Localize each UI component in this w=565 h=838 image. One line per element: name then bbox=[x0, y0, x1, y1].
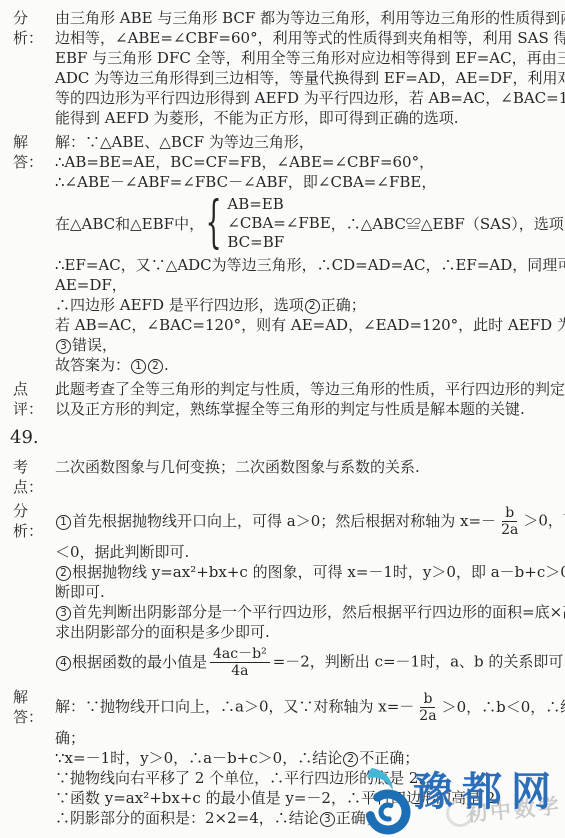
section-content: 解：∵△ABE、△BCF 为等边三角形，∴AB=BE=AE，BC=CF=FB，∠… bbox=[55, 132, 565, 375]
document-body: 分析：由三角形 ABE 与三角形 BCF 都为等边三角形，利用等边三角形的性质得… bbox=[0, 8, 565, 832]
section-content: 二次函数图象与几何变换；二次函数图象与系数的关系. bbox=[55, 457, 565, 497]
circled-number: 2 bbox=[305, 299, 320, 314]
section-label: 点评： bbox=[0, 379, 55, 419]
document-page: 分析：由三角形 ABE 与三角形 BCF 都为等边三角形，利用等边三角形的性质得… bbox=[0, 0, 565, 838]
section-label: 分析： bbox=[0, 8, 55, 128]
section-topics: 考点：二次函数图象与几何变换；二次函数图象与系数的关系. bbox=[0, 457, 565, 497]
section-label: 解答： bbox=[0, 132, 55, 375]
section-label: 解答： bbox=[0, 687, 55, 828]
section-answer-1: 解答：解：∵△ABE、△BCF 为等边三角形，∴AB=BE=AE，BC=CF=F… bbox=[0, 132, 565, 375]
text-line: ∵x=－1时，y＞0，∴a－b+c＞0，∴结论2不正确； bbox=[55, 748, 565, 768]
text-line: 若 AB=AC，∠BAC=120°，则有 AE=AD，∠EAD=120°，此时 … bbox=[55, 315, 565, 335]
text-line: ADC 为等边三角形得到三边相等，等量代换得到 EF=AD，AE=DF，利用对边… bbox=[55, 68, 565, 88]
text-run: ＞0，可得 b bbox=[523, 512, 565, 530]
text-line: 4根据函数的最小值是4ac－b²4a=－2，判断出 c=－1时，a、b 的关系即… bbox=[55, 646, 565, 679]
section-content: 1首先根据抛物线开口向上，可得 a＞0；然后根据对称轴为 x=－b2a＞0，可得… bbox=[55, 501, 565, 683]
text-run: 4根据函数的最小值是 bbox=[55, 653, 207, 671]
text-run: 1首先根据抛物线开口向上，可得 a＞0；然后根据对称轴为 x=－ bbox=[55, 512, 496, 530]
system-brace: { bbox=[206, 157, 222, 291]
circled-number: 2 bbox=[343, 752, 358, 767]
text-line: ∴EF=AC，又∵△ADC为等边三角形，∴CD=AD=AC，∴EF=AD，同理可… bbox=[55, 255, 565, 275]
text-line: 3错误， bbox=[55, 335, 565, 355]
text-run: 在△ABC和△EBF中， bbox=[55, 214, 204, 234]
section-comment-1: 点评：此题考查了全等三角形的判定与性质，等边三角形的性质，平行四边形的判定，以及… bbox=[0, 379, 565, 419]
text-line: 解：∵抛物线开口向上，∴a＞0，又∵对称轴为 x=－b2a＞0，∴b＜0，∴结论… bbox=[55, 691, 565, 724]
text-line: EBF 与三角形 DFC 全等，利用全等三角形对应边相等得到 EF=AC，再由三… bbox=[55, 48, 565, 68]
circled-number: 1 bbox=[56, 515, 71, 530]
question-number: 49. bbox=[10, 427, 565, 449]
text-line: 在△ABC和△EBF中，{AB=EB∠CBA=∠FBEBC=BF，∴△ABC≌△… bbox=[55, 195, 565, 252]
circled-number: 3 bbox=[56, 606, 71, 621]
circled-number: 4 bbox=[56, 656, 71, 671]
section-label: 分析： bbox=[0, 501, 55, 683]
text-line: 1首先根据抛物线开口向上，可得 a＞0；然后根据对称轴为 x=－b2a＞0，可得… bbox=[55, 505, 565, 538]
text-line: 由三角形 ABE 与三角形 BCF 都为等边三角形，利用等边三角形的性质得到两对 bbox=[55, 8, 565, 28]
text-line: 边相等，∠ABE=∠CBF=60°，利用等式的性质得到夹角相等，利用 SAS 得… bbox=[55, 28, 565, 48]
text-line: 以及正方形的判定，熟练掌握全等三角形的判定与性质是解本题的关键. bbox=[55, 399, 565, 419]
text-run: =－2，判断出 c=－1时，a、b 的关系即可. bbox=[273, 653, 565, 671]
text-line: 断即可. bbox=[55, 582, 565, 602]
fraction: 4ac－b²4a bbox=[210, 646, 270, 679]
equation-system: AB=EB∠CBA=∠FBEBC=BF bbox=[227, 195, 330, 252]
text-line: 解：∵△ABE、△BCF 为等边三角形， bbox=[55, 132, 565, 152]
circled-number: 2 bbox=[148, 359, 163, 374]
text-run: ＞0，∴b＜0，∴结论1不正 bbox=[442, 698, 565, 716]
circled-number: 1 bbox=[131, 359, 146, 374]
text-line: 2根据抛物线 y=ax²+bx+c 的图象，可得 x=－1时，y＞0，即 a－b… bbox=[55, 562, 565, 582]
text-line: 此题考查了全等三角形的判定与性质，等边三角形的性质，平行四边形的判定， bbox=[55, 379, 565, 399]
site-logo-swirl-icon bbox=[362, 766, 418, 838]
section-analysis-1: 分析：由三角形 ABE 与三角形 BCF 都为等边三角形，利用等边三角形的性质得… bbox=[0, 8, 565, 128]
section-label: 考点： bbox=[0, 457, 55, 497]
text-line: 求出阴影部分的面积是多少即可. bbox=[55, 622, 565, 642]
text-line: ∴∠ABE－∠ABF=∠FBC－∠ABF，即∠CBA=∠FBE， bbox=[55, 172, 565, 192]
text-run: 解：∵抛物线开口向上，∴a＞0，又∵对称轴为 x=－ bbox=[55, 698, 414, 716]
section-content: 由三角形 ABE 与三角形 BCF 都为等边三角形，利用等边三角形的性质得到两对… bbox=[55, 8, 565, 128]
fraction: b2a bbox=[499, 505, 520, 538]
section-content: 此题考查了全等三角形的判定与性质，等边三角形的性质，平行四边形的判定，以及正方形… bbox=[55, 379, 565, 419]
text-line: ∴四边形 AEFD 是平行四边形，选项2正确； bbox=[55, 295, 565, 315]
section-analysis-2: 分析：1首先根据抛物线开口向上，可得 a＞0；然后根据对称轴为 x=－b2a＞0… bbox=[0, 501, 565, 683]
text-line: 故答案为：12. bbox=[55, 355, 565, 375]
fraction: b2a bbox=[417, 691, 438, 724]
site-name: 豫都网 bbox=[413, 772, 560, 812]
text-line: 二次函数图象与几何变换；二次函数图象与系数的关系. bbox=[55, 457, 561, 477]
text-line: ∴AB=BE=AE，BC=CF=FB，∠ABE=∠CBF=60°， bbox=[55, 152, 565, 172]
circled-number: 2 bbox=[56, 566, 71, 581]
circled-number: 3 bbox=[320, 812, 335, 827]
text-line: 确； bbox=[55, 728, 565, 748]
text-line: 能得到 AEFD 为菱形，不能为正方形，即可得到正确的选项. bbox=[55, 108, 565, 128]
text-line: 等的四边形为平行四边形得到 AEFD 为平行四边形，若 AB=AC，∠BAC=1… bbox=[55, 88, 565, 108]
text-line: 3首先判断出阴影部分是一个平行四边形，然后根据平行四边形的面积=底×高， bbox=[55, 602, 565, 622]
text-line: AE=DF， bbox=[55, 275, 565, 295]
text-line: ＜0，据此判断即可. bbox=[55, 542, 565, 562]
circled-number: 3 bbox=[56, 339, 71, 354]
text-run: ，∴△ABC≌△EBF（SAS），选项1正确； bbox=[331, 214, 565, 234]
